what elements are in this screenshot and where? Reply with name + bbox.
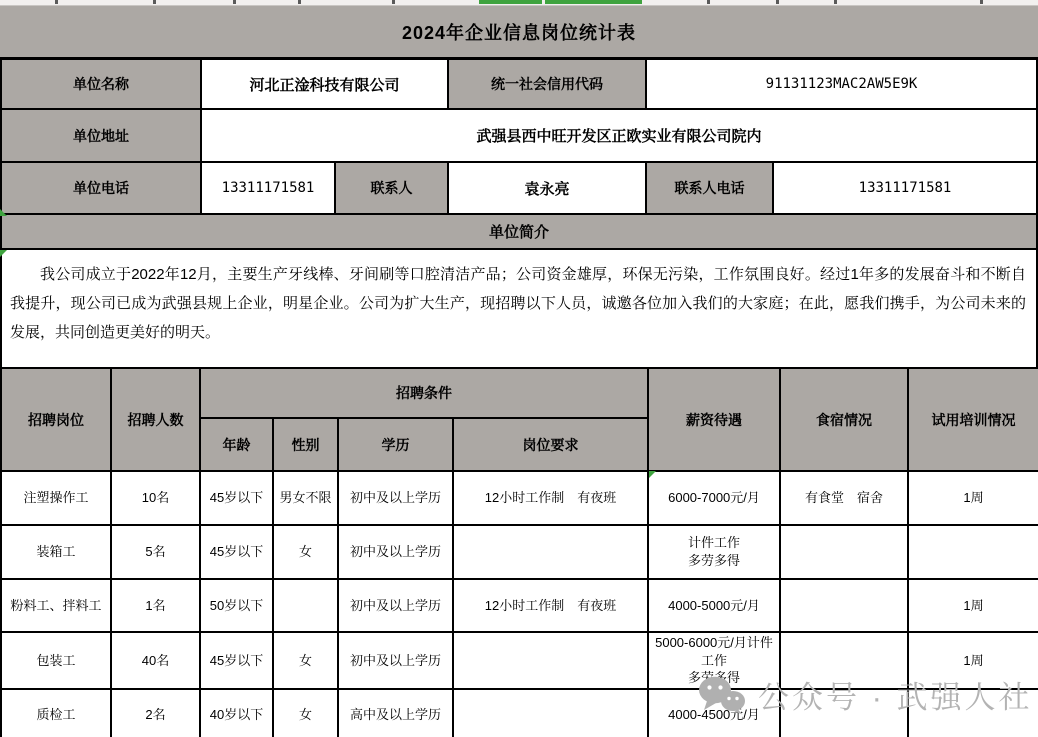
cell-probation xyxy=(908,689,1038,737)
column-tick xyxy=(776,0,779,4)
table-row: 粉料工、拌料工 1名 50岁以下 初中及以上学历 12小时工作制 有夜班 400… xyxy=(1,579,1038,632)
company-intro-text: 我公司成立于2022年12月，主要生产牙线棒、牙间刷等口腔清洁产品；公司资金雄厚… xyxy=(10,260,1026,347)
company-info-section: 单位名称 河北正淦科技有限公司 统一社会信用代码 91131123MAC2AW5… xyxy=(0,57,1038,367)
column-tick xyxy=(298,0,301,4)
cell-requirements xyxy=(453,689,648,737)
jobs-table: 招聘岗位 招聘人数 招聘条件 薪资待遇 食宿情况 试用培训情况 年龄 性别 学历… xyxy=(0,367,1038,737)
cell-requirements: 12小时工作制 有夜班 xyxy=(453,471,648,525)
cell-salary: 6000-7000元/月 xyxy=(648,471,780,525)
unit-phone-label: 单位电话 xyxy=(2,163,202,213)
contact-phone-value: 13311171581 xyxy=(774,163,1036,213)
credit-code-value: 91131123MAC2AW5E9K xyxy=(647,60,1036,108)
column-tick xyxy=(834,0,837,4)
cell-salary: 5000-6000元/月计件 工作 多劳多得 xyxy=(648,632,780,689)
cell-age: 45岁以下 xyxy=(200,632,273,689)
table-row: 装箱工 5名 45岁以下 女 初中及以上学历 计件工作 多劳多得 xyxy=(1,525,1038,579)
cell-count: 5名 xyxy=(111,525,200,579)
unit-name-label: 单位名称 xyxy=(2,60,202,108)
cell-count: 10名 xyxy=(111,471,200,525)
cell-requirements xyxy=(453,525,648,579)
cell-age: 40岁以下 xyxy=(200,689,273,737)
column-tick xyxy=(233,0,236,4)
cell-position: 包装工 xyxy=(1,632,111,689)
header-education: 学历 xyxy=(338,418,453,471)
header-salary: 薪资待遇 xyxy=(648,368,780,471)
cell-gender: 女 xyxy=(273,525,338,579)
intro-header-band: 单位简介 xyxy=(2,215,1036,250)
cell-education: 初中及以上学历 xyxy=(338,579,453,632)
column-tick xyxy=(707,0,710,4)
cell-gender: 女 xyxy=(273,632,338,689)
unit-address-label: 单位地址 xyxy=(2,110,202,161)
cell-probation: 1周 xyxy=(908,471,1038,525)
table-row: 包装工 40名 45岁以下 女 初中及以上学历 5000-6000元/月计件 工… xyxy=(1,632,1038,689)
header-position: 招聘岗位 xyxy=(1,368,111,471)
cell-flag-triangle-icon xyxy=(0,250,7,257)
table-row: 注塑操作工 10名 45岁以下 男女不限 初中及以上学历 12小时工作制 有夜班… xyxy=(1,471,1038,525)
cell-education: 高中及以上学历 xyxy=(338,689,453,737)
cell-board: 有食堂 宿舍 xyxy=(780,471,908,525)
contact-label: 联系人 xyxy=(336,163,449,213)
column-tick xyxy=(392,0,395,4)
cell-age: 45岁以下 xyxy=(200,525,273,579)
cell-position: 注塑操作工 xyxy=(1,471,111,525)
cell-education: 初中及以上学历 xyxy=(338,525,453,579)
info-row-address: 单位地址 武强县西中旺开发区正欧实业有限公司院内 xyxy=(2,110,1036,163)
header-gender: 性别 xyxy=(273,418,338,471)
cell-board xyxy=(780,579,908,632)
cell-flag-triangle-icon xyxy=(0,209,7,216)
company-intro-paragraph: 我公司成立于2022年12月，主要生产牙线棒、牙间刷等口腔清洁产品；公司资金雄厚… xyxy=(2,250,1036,367)
header-requirements: 岗位要求 xyxy=(453,418,648,471)
contact-phone-label: 联系人电话 xyxy=(647,163,774,213)
header-count: 招聘人数 xyxy=(111,368,200,471)
table-title-band: 2024年企业信息岗位统计表 xyxy=(0,5,1038,57)
column-tick xyxy=(980,0,983,4)
jobs-header-row-1: 招聘岗位 招聘人数 招聘条件 薪资待遇 食宿情况 试用培训情况 xyxy=(1,368,1038,418)
cell-requirements: 12小时工作制 有夜班 xyxy=(453,579,648,632)
header-probation: 试用培训情况 xyxy=(908,368,1038,471)
unit-address-value: 武强县西中旺开发区正欧实业有限公司院内 xyxy=(202,110,1036,161)
cell-gender: 男女不限 xyxy=(273,471,338,525)
cell-probation: 1周 xyxy=(908,579,1038,632)
page-title: 2024年企业信息岗位统计表 xyxy=(402,19,636,45)
table-row: 质检工 2名 40岁以下 女 高中及以上学历 4000-4500元/月 xyxy=(1,689,1038,737)
cell-position: 质检工 xyxy=(1,689,111,737)
cell-board xyxy=(780,632,908,689)
column-tick xyxy=(542,0,545,4)
cell-age: 50岁以下 xyxy=(200,579,273,632)
cell-age: 45岁以下 xyxy=(200,471,273,525)
info-row-name: 单位名称 河北正淦科技有限公司 统一社会信用代码 91131123MAC2AW5… xyxy=(2,57,1036,110)
cell-salary: 4000-5000元/月 xyxy=(648,579,780,632)
cell-probation xyxy=(908,525,1038,579)
header-conditions: 招聘条件 xyxy=(200,368,648,418)
credit-code-label: 统一社会信用代码 xyxy=(449,60,647,108)
cell-position: 粉料工、拌料工 xyxy=(1,579,111,632)
cell-position: 装箱工 xyxy=(1,525,111,579)
cell-count: 2名 xyxy=(111,689,200,737)
unit-phone-value: 13311171581 xyxy=(202,163,336,213)
cell-count: 40名 xyxy=(111,632,200,689)
cell-education: 初中及以上学历 xyxy=(338,632,453,689)
cell-education: 初中及以上学历 xyxy=(338,471,453,525)
cell-salary: 4000-4500元/月 xyxy=(648,689,780,737)
cell-salary: 计件工作 多劳多得 xyxy=(648,525,780,579)
cell-count: 1名 xyxy=(111,579,200,632)
selected-columns-indicator xyxy=(479,0,642,4)
cell-requirements xyxy=(453,632,648,689)
spreadsheet-screenshot: 2024年企业信息岗位统计表 单位名称 河北正淦科技有限公司 统一社会信用代码 … xyxy=(0,0,1038,737)
cell-board xyxy=(780,689,908,737)
cell-gender: 女 xyxy=(273,689,338,737)
column-tick xyxy=(153,0,156,4)
header-age: 年龄 xyxy=(200,418,273,471)
cell-gender xyxy=(273,579,338,632)
header-board: 食宿情况 xyxy=(780,368,908,471)
info-row-phone: 单位电话 13311171581 联系人 袁永亮 联系人电话 133111715… xyxy=(2,163,1036,215)
contact-value: 袁永亮 xyxy=(449,163,647,213)
cell-flag-triangle-icon xyxy=(649,471,656,478)
cell-probation: 1周 xyxy=(908,632,1038,689)
cell-board xyxy=(780,525,908,579)
column-tick xyxy=(55,0,58,4)
unit-name-value: 河北正淦科技有限公司 xyxy=(202,60,449,108)
